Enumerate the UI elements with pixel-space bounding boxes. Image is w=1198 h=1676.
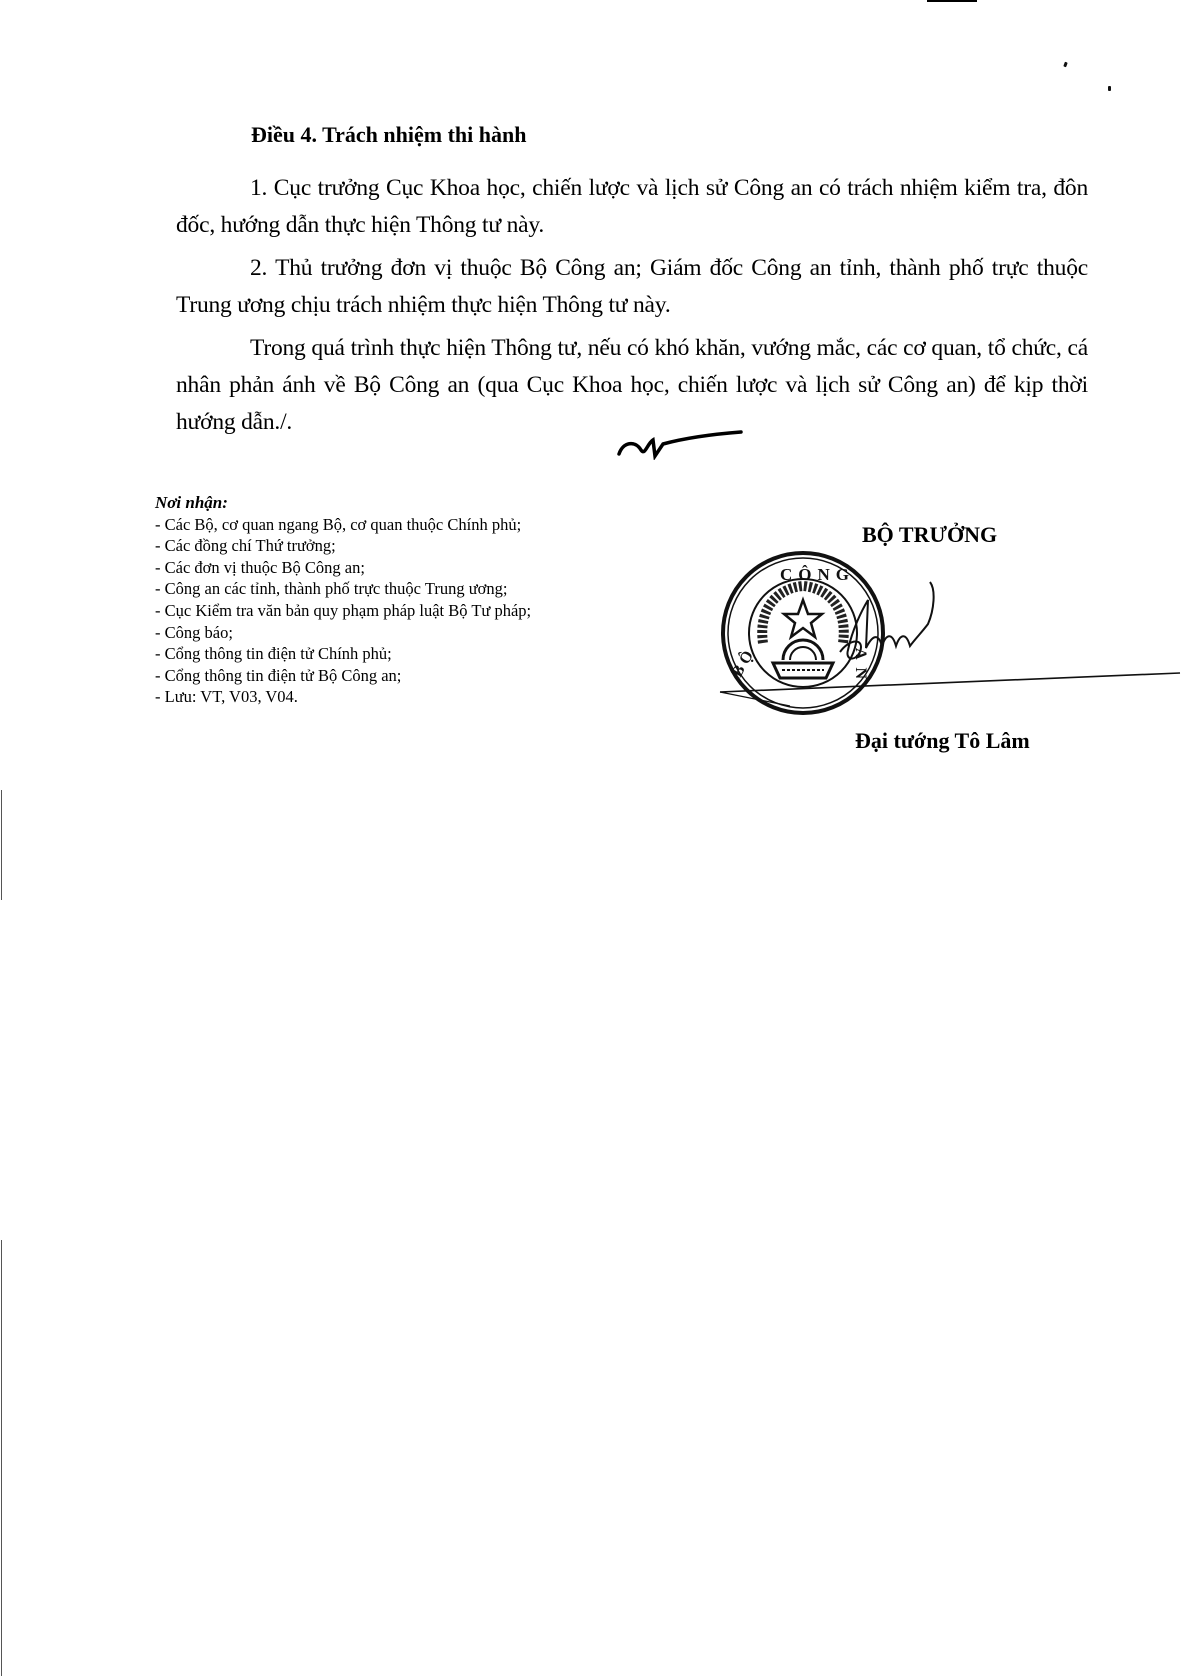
signer-name: Đại tướng Tô Lâm <box>855 728 1030 754</box>
recipient-item: - Các đồng chí Thứ trưởng; <box>155 535 531 557</box>
recipient-item: - Công báo; <box>155 622 531 644</box>
scan-artifact <box>927 0 977 2</box>
article-heading: Điều 4. Trách nhiệm thi hành <box>251 122 526 148</box>
initials-mark-icon <box>615 430 745 460</box>
scan-speck <box>1063 62 1068 68</box>
recipient-item: - Cục Kiểm tra văn bản quy phạm pháp luậ… <box>155 600 531 622</box>
article-paragraph-3: Trong quá trình thực hiện Thông tư, nếu … <box>176 330 1088 441</box>
article-paragraph-1: 1. Cục trưởng Cục Khoa học, chiến lược v… <box>176 170 1088 244</box>
recipient-item: - Cổng thông tin điện tử Bộ Công an; <box>155 665 531 687</box>
recipients-title: Nơi nhận: <box>155 492 531 514</box>
recipient-item: - Công an các tỉnh, thành phố trực thuộc… <box>155 578 531 600</box>
recipient-item: - Lưu: VT, V03, V04. <box>155 686 531 708</box>
scan-edge-line <box>1 790 2 900</box>
scan-speck <box>1108 86 1111 91</box>
recipient-item: - Cổng thông tin điện tử Chính phủ; <box>155 643 531 665</box>
scan-edge-line <box>1 1240 2 1676</box>
handwritten-signature-icon <box>700 580 1190 710</box>
recipient-item: - Các đơn vị thuộc Bộ Công an; <box>155 557 531 579</box>
recipients-list: Nơi nhận: - Các Bộ, cơ quan ngang Bộ, cơ… <box>155 492 531 708</box>
article-paragraph-2: 2. Thủ trưởng đơn vị thuộc Bộ Công an; G… <box>176 250 1088 324</box>
signer-title: BỘ TRƯỞNG <box>862 522 997 548</box>
recipient-item: - Các Bộ, cơ quan ngang Bộ, cơ quan thuộ… <box>155 514 531 536</box>
document-page: Điều 4. Trách nhiệm thi hành 1. Cục trưở… <box>0 0 1198 1676</box>
